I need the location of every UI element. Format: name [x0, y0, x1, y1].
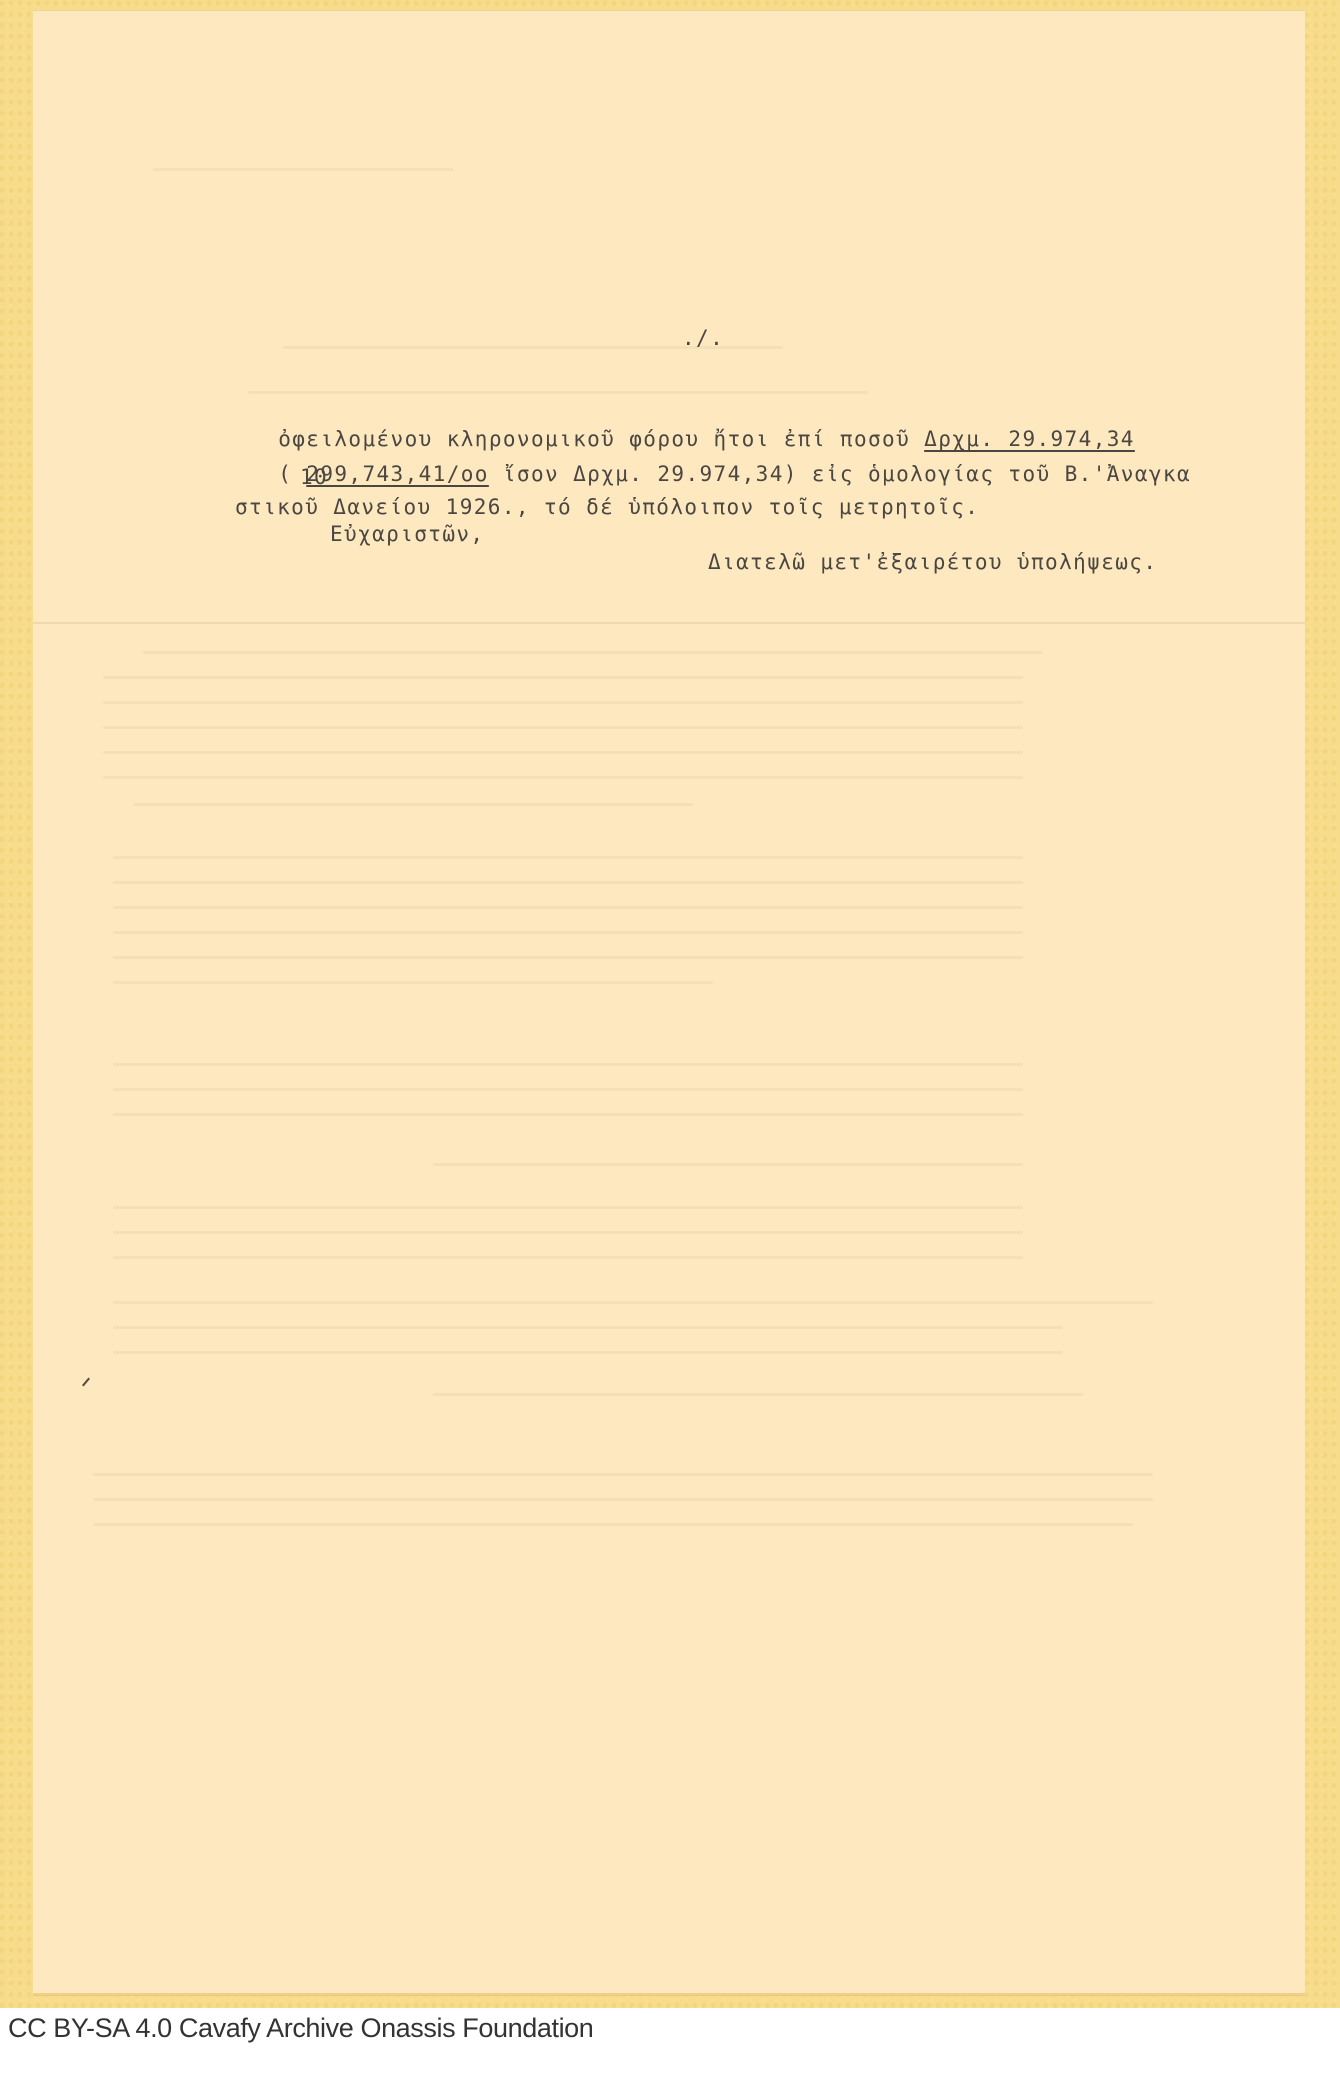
show-through-line	[153, 168, 453, 171]
show-through-line	[103, 676, 1023, 679]
show-through-line	[113, 1113, 1023, 1116]
show-through-line	[103, 726, 1023, 729]
show-through-line	[93, 1498, 1153, 1501]
show-through-line	[103, 751, 1023, 754]
show-through-line	[113, 1256, 1023, 1259]
show-through-line	[433, 1393, 1083, 1396]
license-credit: CC BY-SA 4.0 Cavafy Archive Onassis Foun…	[8, 2013, 593, 2044]
body-text: ἴσον Δρχμ. 29.974,34) εἰς ὁμολογίας τοῦ …	[489, 462, 1191, 486]
show-through-line	[113, 956, 1023, 959]
show-through-line	[248, 391, 868, 394]
show-through-line	[133, 803, 693, 806]
fraction-denominator: 10	[300, 467, 328, 488]
show-through-line	[143, 651, 1043, 654]
show-through-line	[93, 1473, 1153, 1476]
closing-salutation: Διατελῶ μετ'ἐξαιρέτου ὑπολήψεως.	[708, 552, 1157, 573]
body-line-3: στικοῦ Δανείου 1926., τό δέ ὑπόλοιπον το…	[235, 497, 979, 518]
show-through-line	[113, 981, 713, 984]
show-through-line	[113, 931, 1023, 934]
show-through-line	[113, 906, 1023, 909]
scan-background: ./. ὀφειλομένου κληρονομικοῦ φόρου ἤτοι …	[0, 0, 1340, 2008]
paper-fold-line	[33, 622, 1305, 624]
show-through-line	[113, 1301, 1153, 1304]
show-through-line	[113, 856, 1023, 859]
document-page	[33, 11, 1305, 1995]
show-through-line	[113, 1326, 1063, 1329]
page-continuation-mark: ./.	[682, 328, 724, 349]
pen-mark	[82, 1378, 90, 1387]
show-through-line	[113, 881, 1023, 884]
show-through-line	[113, 1088, 1023, 1091]
show-through-line	[113, 1351, 1063, 1354]
closing-thanks: Εὐχαριστῶν,	[330, 524, 484, 545]
show-through-line	[103, 701, 1023, 704]
fraction-numerator: 299,743,41/οο	[306, 462, 489, 486]
show-through-line	[93, 1523, 1133, 1526]
show-through-line	[433, 1163, 1023, 1166]
show-through-line	[113, 1063, 1023, 1066]
show-through-line	[103, 776, 1023, 779]
show-through-line	[113, 1231, 1023, 1234]
show-through-line	[113, 1206, 1023, 1209]
